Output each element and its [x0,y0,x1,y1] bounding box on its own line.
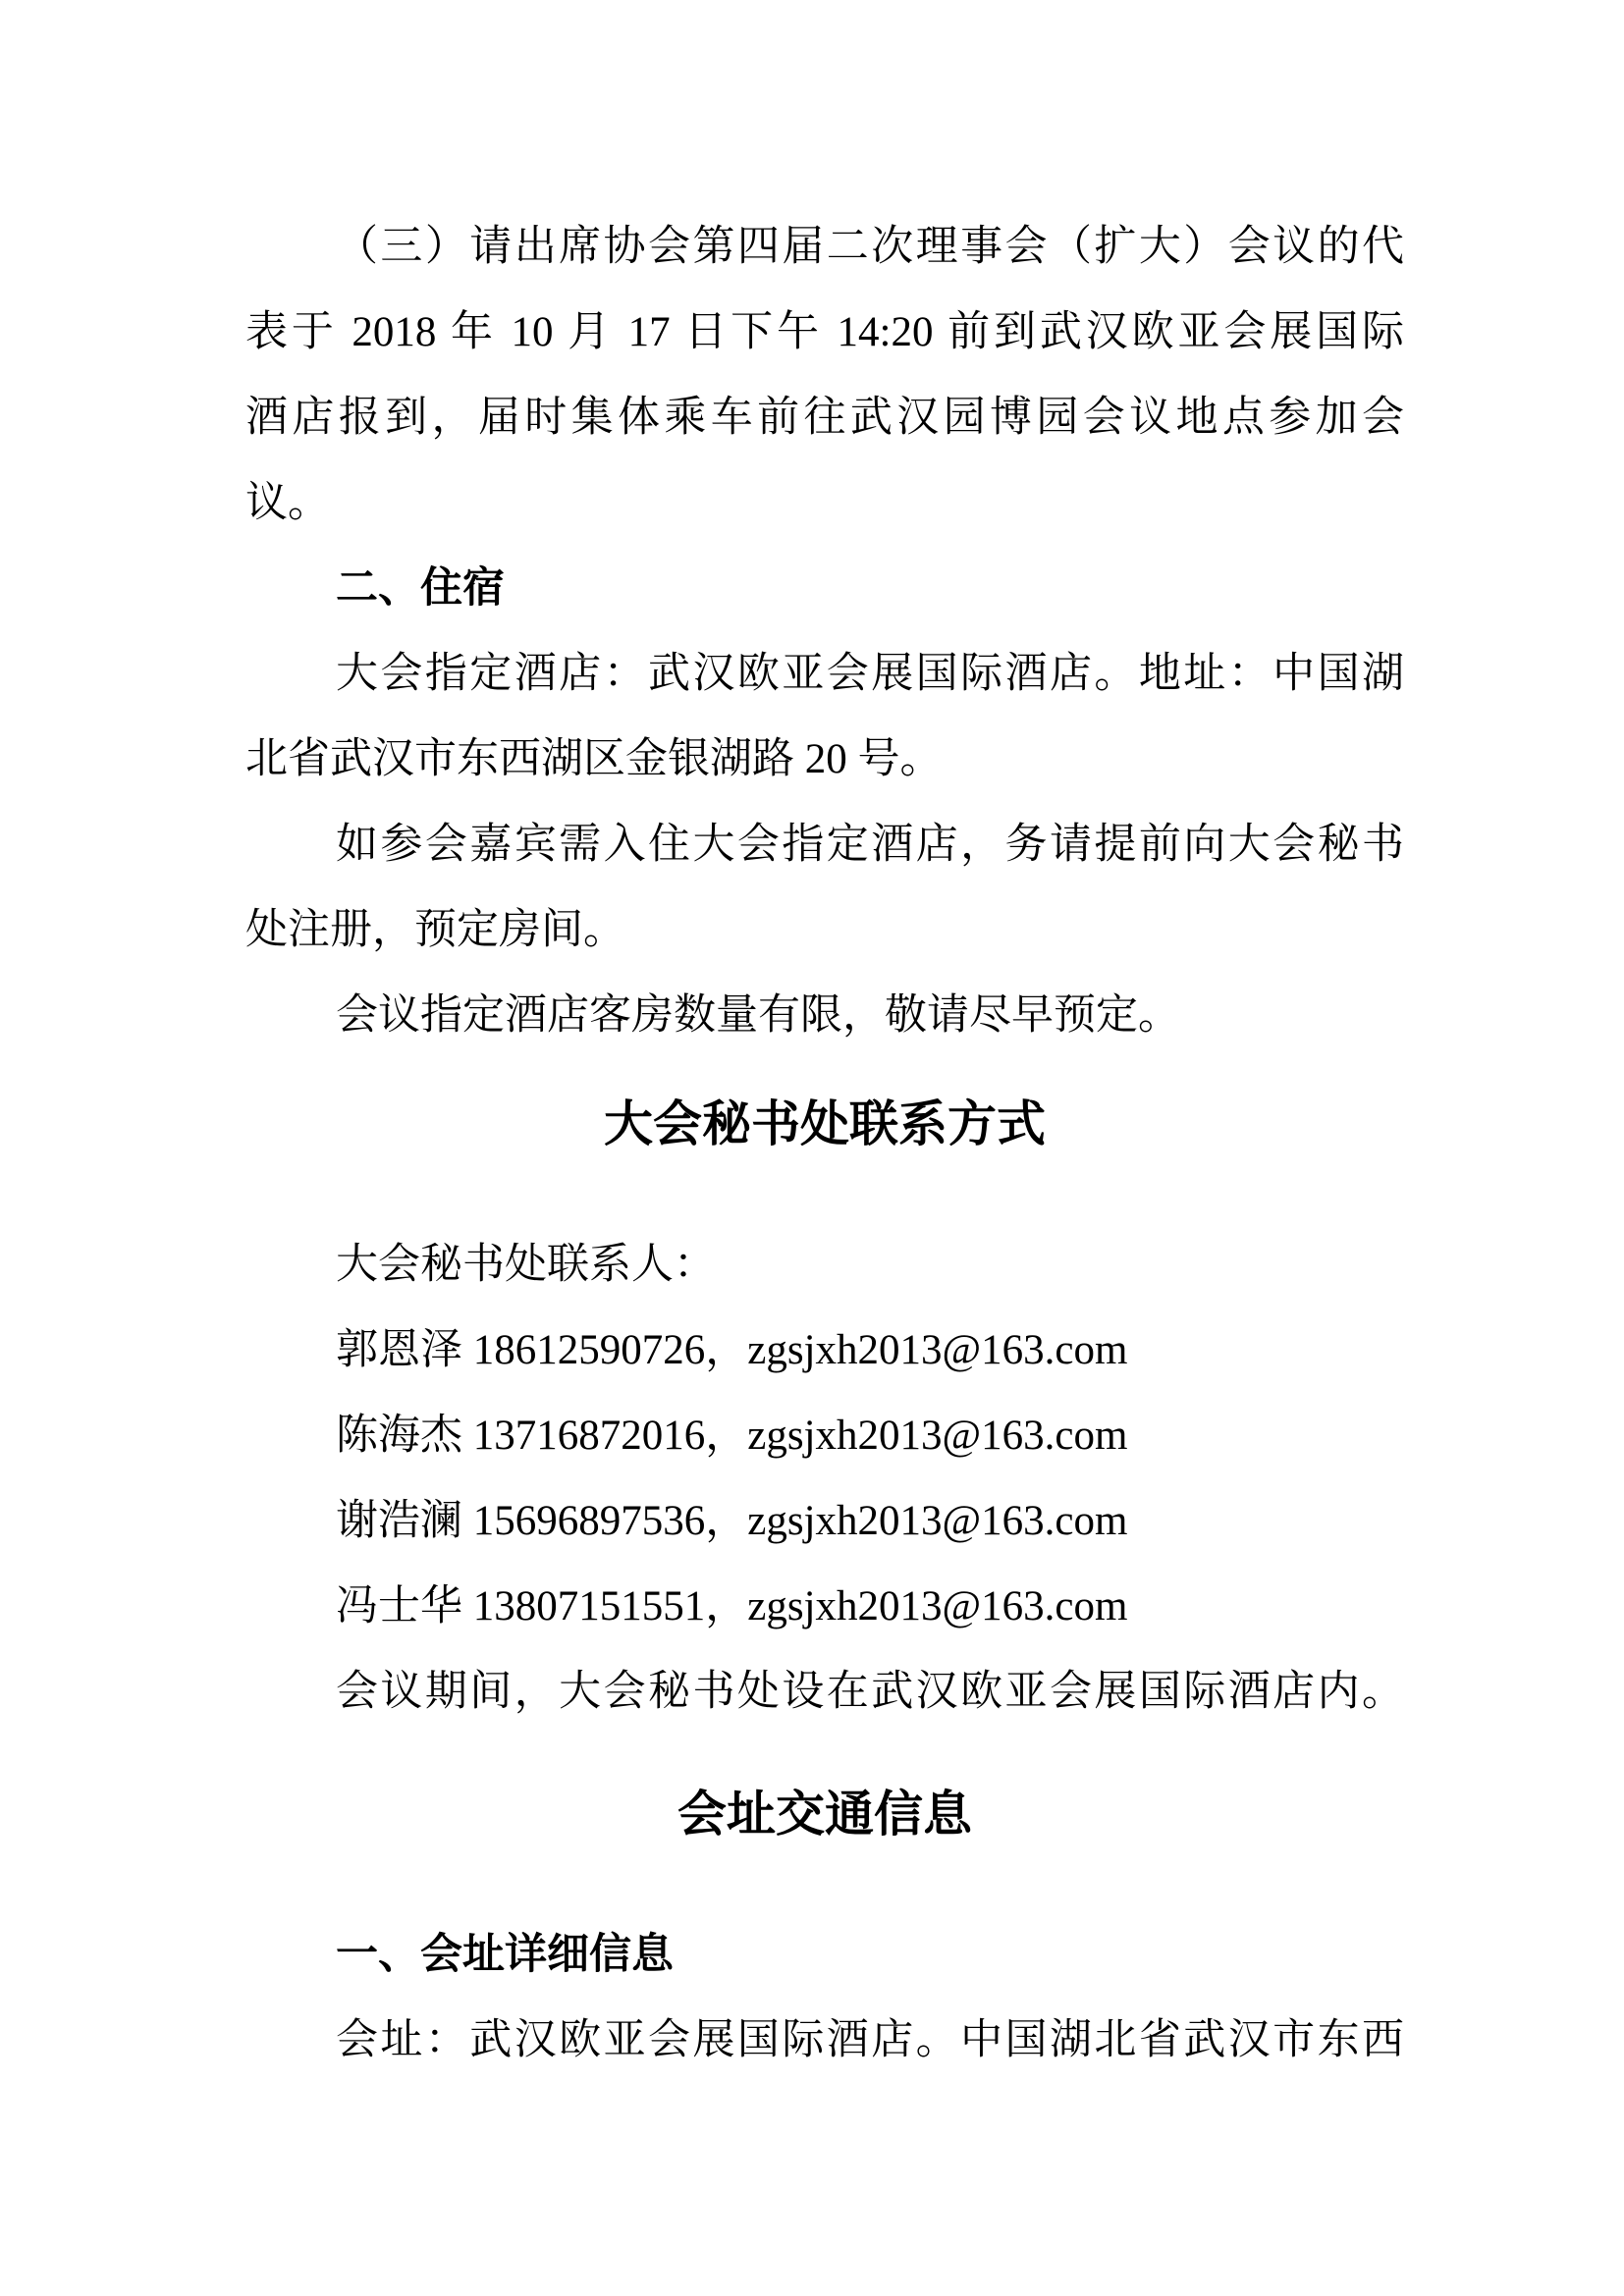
registration-paragraph-line-4: 议。 [245,460,1404,546]
accommodation-booking-line-2: 处注册，预定房间。 [245,887,1404,973]
accommodation-hotel-line-1: 大会指定酒店：武汉欧亚会展国际酒店。地址：中国湖 [336,631,1404,717]
contact-entry: 陈海杰 13716872016，zgsjxh2013@163.com [336,1393,1404,1478]
accommodation-booking-line-1: 如参会嘉宾需入住大会指定酒店，务请提前向大会秘书 [336,802,1404,887]
secretariat-contact-intro: 大会秘书处联系人： [336,1222,1404,1308]
registration-paragraph-line-3: 酒店报到，届时集体乘车前往武汉园博园会议地点参加会 [245,375,1404,460]
secretariat-contact-title: 大会秘书处联系方式 [245,1080,1404,1168]
accommodation-limited-rooms-note: 会议指定酒店客房数量有限，敬请尽早预定。 [336,973,1404,1058]
accommodation-section-heading: 二、住宿 [336,546,1404,631]
venue-detail-subheading: 一、会址详细信息 [336,1912,1404,1998]
contact-entry: 冯士华 13807151551，zgsjxh2013@163.com [336,1564,1404,1649]
registration-paragraph-line-2: 表于 2018 年 10 月 17 日下午 14:20 前到武汉欧亚会展国际 [245,290,1404,375]
contact-entry: 谢浩澜 15696897536，zgsjxh2013@163.com [336,1478,1404,1564]
registration-paragraph-line-1: （三）请出席协会第四届二次理事会（扩大）会议的代 [336,204,1404,290]
accommodation-hotel-line-2: 北省武汉市东西湖区金银湖路 20 号。 [245,717,1404,802]
document-page: （三）请出席协会第四届二次理事会（扩大）会议的代 表于 2018 年 10 月 … [0,0,1624,2296]
contact-entry: 郭恩泽 18612590726，zgsjxh2013@163.com [336,1308,1404,1393]
venue-address-line-1: 会址：武汉欧亚会展国际酒店。中国湖北省武汉市东西 [336,1998,1404,2083]
venue-traffic-title: 会址交通信息 [245,1770,1404,1858]
secretariat-location-note: 会议期间，大会秘书处设在武汉欧亚会展国际酒店内。 [336,1649,1404,1735]
